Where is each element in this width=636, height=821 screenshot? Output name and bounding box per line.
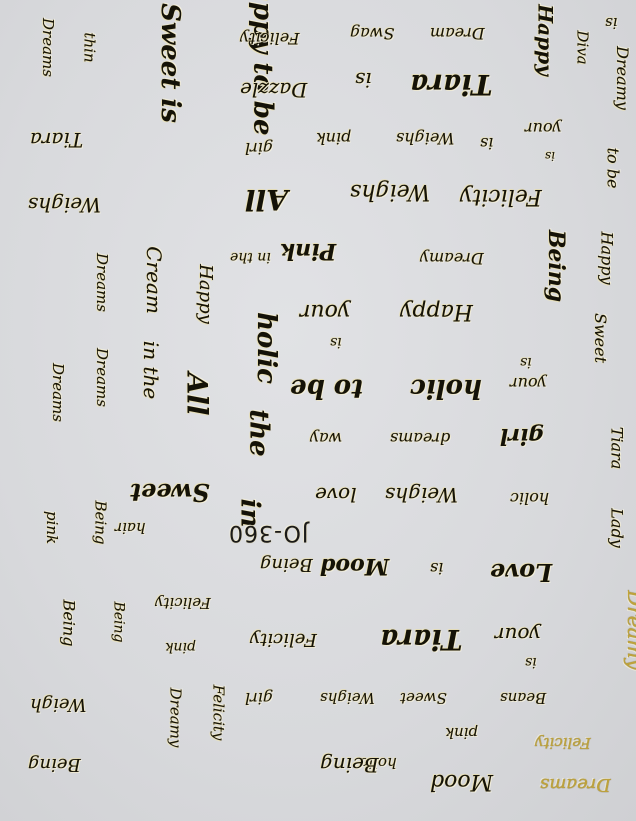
sticker-word: your bbox=[525, 120, 562, 136]
sticker-word: Being bbox=[320, 755, 379, 775]
product-code-label: JO-360 bbox=[228, 520, 308, 545]
sticker-word: Being bbox=[92, 501, 107, 545]
sticker-word: way bbox=[310, 430, 342, 446]
sticker-word: Weighs bbox=[320, 690, 375, 705]
sticker-word: Tiara bbox=[410, 70, 493, 98]
sticker-word: Dreams bbox=[540, 775, 611, 793]
sticker-word: Felicity bbox=[240, 30, 299, 46]
sticker-word: All bbox=[183, 373, 211, 416]
sticker-word: Mood bbox=[320, 555, 389, 577]
sticker-word: pink bbox=[316, 130, 351, 146]
sticker-word: in the bbox=[230, 250, 271, 264]
sticker-word: Diva bbox=[575, 30, 590, 64]
sticker-word: love bbox=[315, 485, 357, 505]
sticker-word: Dreamy bbox=[614, 46, 630, 110]
sticker-word: Sweet bbox=[400, 690, 447, 705]
sticker-word: is bbox=[525, 655, 537, 669]
sticker-word: your bbox=[300, 300, 350, 322]
sticker-word: holic bbox=[510, 490, 549, 506]
sticker-word: Dreamy bbox=[167, 688, 182, 748]
sticker-word: Happy to be bbox=[250, 0, 276, 136]
sticker-word: Happy bbox=[536, 4, 556, 75]
sticker-word: is bbox=[605, 15, 618, 30]
sticker-word: Sweet is bbox=[157, 3, 183, 123]
sticker-word: Being bbox=[28, 755, 81, 773]
sticker-word: your bbox=[495, 625, 541, 645]
sticker-word: Dreamy bbox=[420, 250, 484, 266]
sticker-word: girl bbox=[245, 690, 273, 706]
sticker-word: Felicity bbox=[535, 735, 591, 750]
sticker-word: Being bbox=[260, 555, 313, 573]
sticker-word: Dreams bbox=[94, 348, 109, 407]
sticker-word: the bbox=[246, 409, 272, 456]
sticker-word: Dreamy bbox=[625, 590, 636, 670]
sticker-word: Weighs bbox=[396, 130, 454, 146]
sticker-word: Sweet bbox=[592, 313, 608, 363]
sticker-word: is bbox=[330, 335, 342, 349]
sticker-word: in the bbox=[141, 341, 161, 399]
sticker-word: is bbox=[355, 70, 372, 90]
sticker-word: girl bbox=[500, 425, 544, 447]
sticker-word: is bbox=[430, 560, 443, 576]
sticker-word: Pink bbox=[280, 240, 336, 262]
sticker-word: Being bbox=[545, 230, 567, 302]
sticker-word: Weighs bbox=[28, 195, 101, 215]
sticker-word: Sweet bbox=[130, 480, 210, 504]
sticker-word: dreams bbox=[390, 430, 450, 446]
sticker-word: is bbox=[480, 135, 493, 151]
sticker-word: Felicity bbox=[155, 595, 211, 610]
sticker-word: pink bbox=[445, 725, 478, 740]
sticker-word: to be bbox=[290, 375, 363, 401]
sticker-word: your bbox=[510, 375, 547, 391]
sticker-word: pink bbox=[44, 511, 59, 544]
sticker-word: Swag bbox=[350, 25, 394, 41]
sticker-word: Weighs bbox=[350, 180, 430, 202]
sticker-word: Beans bbox=[500, 690, 546, 705]
sticker-sheet-photo: DreamsthinSweet isHappy to beTiaraWeighs… bbox=[0, 0, 636, 821]
sticker-word: Happy bbox=[599, 231, 615, 284]
sticker-word: holic bbox=[253, 312, 279, 384]
sticker-word: Tiara bbox=[30, 130, 83, 150]
sticker-word: Felicity bbox=[460, 185, 542, 207]
sticker-word: Weigh bbox=[30, 695, 87, 713]
sticker-word: hair bbox=[115, 520, 146, 535]
sticker-word: is bbox=[545, 150, 555, 162]
sticker-word: Dreams bbox=[94, 253, 109, 312]
sticker-word: Tiara bbox=[380, 625, 463, 653]
sticker-word: Being bbox=[112, 601, 126, 642]
sticker-word: Dreams bbox=[50, 363, 65, 422]
sticker-word: Dreams bbox=[40, 18, 55, 77]
sticker-word: Dream bbox=[430, 25, 485, 41]
sticker-word: Lady bbox=[609, 508, 625, 547]
sticker-word: Mood bbox=[430, 770, 493, 792]
sticker-word: Happy bbox=[400, 300, 473, 322]
sticker-word: Happy bbox=[196, 264, 214, 324]
sticker-word: Being bbox=[60, 600, 76, 647]
sticker-word: Tiara bbox=[608, 427, 624, 470]
sticker-word: Love bbox=[490, 560, 552, 584]
sticker-word: holic bbox=[410, 375, 482, 401]
sticker-word: to be bbox=[604, 148, 620, 189]
sticker-word: Weighs bbox=[385, 485, 458, 505]
sticker-word: thin bbox=[82, 32, 97, 62]
sticker-word: girl bbox=[245, 140, 273, 156]
sticker-word: Felicity bbox=[210, 685, 225, 741]
sticker-word: All bbox=[245, 185, 288, 213]
sticker-word: is bbox=[520, 355, 532, 369]
sticker-word: Felicity bbox=[250, 630, 317, 648]
sticker-word: pink bbox=[165, 640, 196, 654]
sticker-word: Cream bbox=[144, 246, 164, 314]
sticker-word: Dazzle bbox=[240, 80, 307, 100]
